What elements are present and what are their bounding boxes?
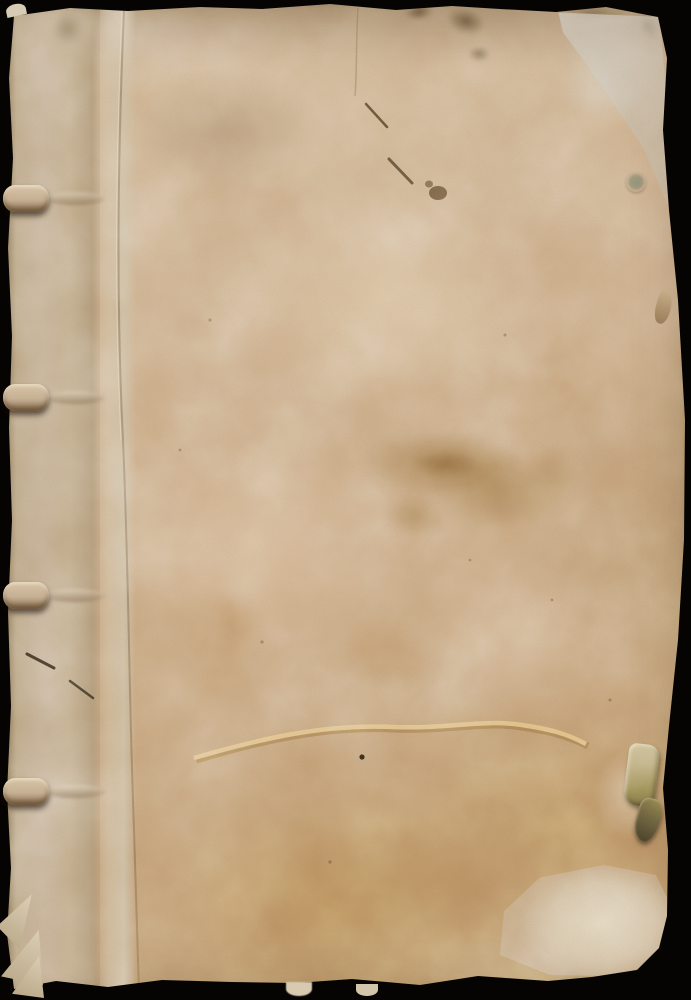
book-cover <box>0 0 691 1000</box>
frayed-edge <box>356 984 378 996</box>
frayed-edge <box>286 982 312 996</box>
spine-ink-marks <box>27 654 93 698</box>
raised-band <box>3 384 49 411</box>
crease-scar <box>194 723 588 760</box>
raised-band <box>3 582 49 609</box>
turn-in-seam <box>117 10 139 992</box>
ink-scratches <box>355 8 447 200</box>
photograph <box>0 0 691 1000</box>
raised-band <box>3 185 49 212</box>
line-marks <box>0 0 691 1000</box>
specks <box>179 319 612 864</box>
raised-band <box>3 778 49 805</box>
